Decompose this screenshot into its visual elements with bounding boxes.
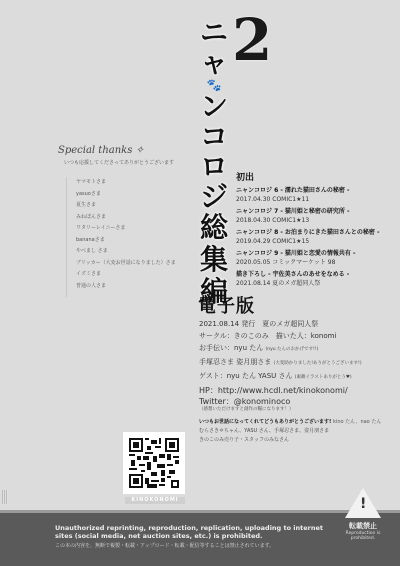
title-char: ロ [200,152,228,182]
notice-japanese: この本の内容を、無断で複製・転載・アップロード・転載・配信等することは禁止されて… [55,542,274,549]
twitter-note: （感想いただけますと創作の糧になります！） [199,406,399,413]
thanks-line: きのこのみ売り子・スタッフのみなさん [199,436,399,445]
helper-info: お手伝い：nyu たん (nyu たんのおかげです!!) [199,342,399,356]
title-char: ャ [200,48,228,78]
title-char: ニ [200,18,228,48]
list-item: bananaさま [76,235,176,247]
back-cover-page: ニ ャ 🐾 ン コ ロ ジ 総 集 編 2 初出 ニャンコロジ 6 - 濡れた猫… [0,0,400,510]
list-item: イズミさま [76,269,176,281]
thanks-line: むらさき＊ちゃん、YASU さん、手塚忍さま、姿月朋さま [199,427,399,436]
special-thanks-list: ヤマモトさま yasuoさま 夏生さま みねぽんさま ワタリーレイニーさま ba… [76,177,176,292]
list-item-title: ニャンコロジ 7 - 猫川姫と秘密の研究所 - [236,207,400,216]
thanks-line: いつもお世話になってくれてどうもありがとうございます! kino たん、nao … [199,418,399,427]
cooperators-names: 手塚忍さま 姿月朋さま [199,358,271,366]
qr-label: KINOKONOMI [125,497,185,504]
list-item-title: ニャンコロジ 8 - お泊まりにきた猫田さんとの秘密 - [236,228,400,237]
guest-info: ゲスト：nyu たん YASU さん (素敵イラストありがとう♥) [199,370,399,384]
qr-code-icon [129,438,179,488]
list-item: ブリッカー（大変お世話になりました）さま [76,258,176,270]
list-item-date: 2018.04.30 COMIC1★13 [236,216,400,225]
list-item: ワタリーレイニーさま [76,223,176,235]
special-thanks-panel: Special thanks ✧ いつも応援してくださってありがとうございます … [58,145,193,300]
list-item-title: 描き下ろし - 宇佐美さんのあせをなめる - [236,270,400,279]
warning-english: Reproduction is prohibited. [340,531,386,541]
special-thanks-subtitle: いつも応援してくださってありがとうございます [64,159,174,166]
exclamation-icon: ! [360,496,366,512]
helper-name: お手伝い：nyu たん [199,344,263,352]
list-item: 夏生さま [76,200,176,212]
homepage-link[interactable]: HP：http://www.hcdl.net/kinokonomi/ [199,384,399,398]
cooperators-info: 手塚忍さま 姿月朋さま (大変助かりました!ありがとうございます!) [199,356,399,370]
digital-edition-label: 電子版 [198,292,255,318]
list-item: やべまし さま [76,246,176,258]
title-char: ン [200,92,228,122]
notice-english: Unauthorized reprinting, reproduction, r… [55,524,340,540]
title-char: 集 [200,244,228,276]
title-char: ジ [200,182,228,212]
helper-note: (nyu たんのおかげです!!) [265,347,318,352]
twitter-link[interactable]: Twitter：@konominoco [199,398,399,406]
reproduction-warning-badge: ! 転載禁止 Reproduction is prohibited. [340,488,386,541]
list-item-date: 2019.04.29 COMIC1★15 [236,237,400,246]
release-info: 2021.08.14 発行 夏のメガ超同人祭 [199,318,399,330]
first-appearance-header: 初出 [236,170,400,183]
divider [66,177,67,297]
special-thanks-title: Special thanks ✧ [58,145,144,156]
list-item-date: 2021.08.14 夏のメガ超同人祭 [236,279,400,288]
warning-japanese: 転載禁止 [340,521,386,531]
guest-names: ゲスト：nyu たん YASU さん [199,372,293,380]
barcode-mark [2,490,8,504]
list-item: みねぽんさま [76,212,176,224]
list-item-title: ニャンコロジ 9 - 猫川姫と恋愛の情報共有 - [236,249,400,258]
list-item: yasuoさま [76,189,176,201]
list-item-title: ニャンコロジ 6 - 濡れた猫田さんの秘密 - [236,186,400,195]
first-appearance-list: 初出 ニャンコロジ 6 - 濡れた猫田さんの秘密 - 2017.04.30 CO… [236,170,400,291]
volume-number: 2 [232,10,272,70]
title-char: 総 [200,212,228,244]
thanks-names: kino たん、nao たん [333,419,381,425]
title-char: コ [200,122,228,152]
cooperators-note: (大変助かりました!ありがとうございます!) [273,361,361,366]
list-item: 普通の人さま [76,281,176,293]
list-item: ヤマモトさま [76,177,176,189]
list-item-date: 2020.05.05 コミックマーケット 98 [236,258,400,267]
list-item-date: 2017.04.30 COMIC1★11 [236,195,400,204]
guest-note: (素敵イラストありがとう♥) [295,375,352,380]
circle-info: サークル：きのこのみ 描いた人：konomi [199,330,399,342]
vertical-title: ニ ャ 🐾 ン コ ロ ジ 総 集 編 [197,18,231,308]
qr-code[interactable] [123,432,185,494]
colophon: 2021.08.14 発行 夏のメガ超同人祭 サークル：きのこのみ 描いた人：k… [199,318,399,445]
thanks-bold: いつもお世話になってくれてどうもありがとうございます! [199,419,331,425]
